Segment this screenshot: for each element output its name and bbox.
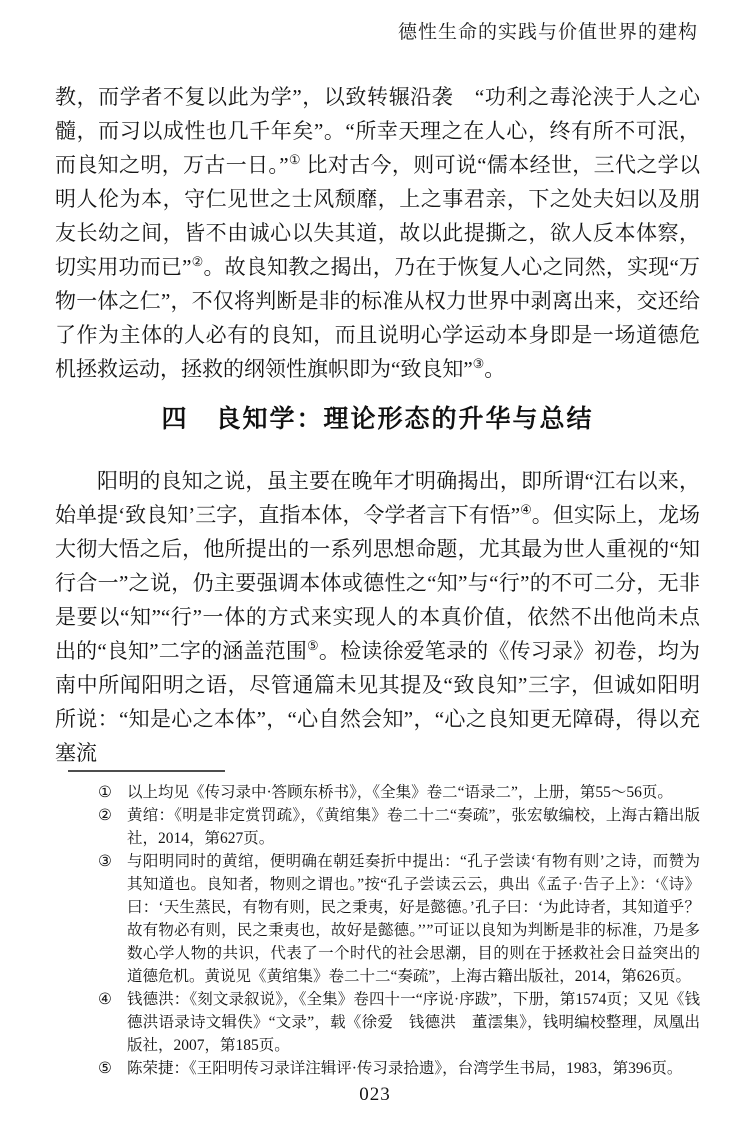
footnote-item: ①以上均见《传习录中·答顾东桥书》，《全集》卷二“语录二”，上册，第55～56页… (55, 781, 700, 804)
footnotes-section: ①以上均见《传习录中·答顾东桥书》，《全集》卷二“语录二”，上册，第55～56页… (55, 770, 700, 1080)
footnote-list: ①以上均见《传习录中·答顾东桥书》，《全集》卷二“语录二”，上册，第55～56页… (55, 781, 700, 1080)
footnote-item: ②黄绾：《明是非定赏罚疏》，《黄绾集》卷二十二“奏疏”，张宏敏编校，上海古籍出版… (55, 804, 700, 850)
page-number: 023 (0, 1084, 750, 1106)
footnote-ref: ③ (473, 356, 485, 371)
footnote-marker: ② (98, 804, 127, 850)
footnote-item: ⑤陈荣捷：《王阳明传习录详注辑评·传习录拾遗》，台湾学生书局，1983，第396… (55, 1057, 700, 1080)
footnote-ref: ⑤ (307, 638, 319, 653)
footnote-text: 陈荣捷：《王阳明传习录详注辑评·传习录拾遗》，台湾学生书局，1983，第396页… (127, 1057, 700, 1080)
footnote-ref: ② (191, 254, 203, 269)
footnote-ref: ① (289, 152, 301, 167)
footnote-divider (68, 770, 225, 772)
footnote-marker: ① (98, 781, 127, 804)
paragraph-continued: 教，而学者不复以此为学”，以致转辗沿袭 “功利之毒沦浃于人之心髓，而习以成性也几… (55, 80, 700, 386)
footnote-text: 钱德洪：《刻文录叙说》，《全集》卷四十一“序说·序跋”，下册，第1574页；又见… (127, 988, 700, 1057)
running-header: 德性生命的实践与价值世界的建构 (398, 22, 698, 44)
footnote-text: 以上均见《传习录中·答顾东桥书》，《全集》卷二“语录二”，上册，第55～56页。 (127, 781, 700, 804)
book-page: 德性生命的实践与价值世界的建构 教，而学者不复以此为学”，以致转辗沿袭 “功利之… (0, 0, 750, 1125)
paragraph: 阳明的良知之说，虽主要在晚年才明确揭出，即所谓“江右以来，始单提‘致良知’三字，… (55, 464, 700, 770)
footnote-item: ④钱德洪：《刻文录叙说》，《全集》卷四十一“序说·序跋”，下册，第1574页；又… (55, 988, 700, 1057)
section-heading: 四 良知学：理论形态的升华与总结 (55, 398, 700, 440)
footnote-marker: ④ (98, 988, 127, 1057)
footnote-item: ③与阳明同时的黄绾，便明确在朝廷奏折中提出：“孔子尝读‘有物有则’之诗，而赞为其… (55, 850, 700, 988)
footnote-marker: ⑤ (98, 1057, 127, 1080)
footnote-text: 黄绾：《明是非定赏罚疏》，《黄绾集》卷二十二“奏疏”，张宏敏编校，上海古籍出版社… (127, 804, 700, 850)
footnote-text: 与阳明同时的黄绾，便明确在朝廷奏折中提出：“孔子尝读‘有物有则’之诗，而赞为其知… (127, 850, 700, 988)
footnote-marker: ③ (98, 850, 127, 988)
body-text: 教，而学者不复以此为学”，以致转辗沿袭 “功利之毒沦浃于人之心髓，而习以成性也几… (55, 80, 700, 770)
footnote-ref: ④ (520, 502, 532, 517)
